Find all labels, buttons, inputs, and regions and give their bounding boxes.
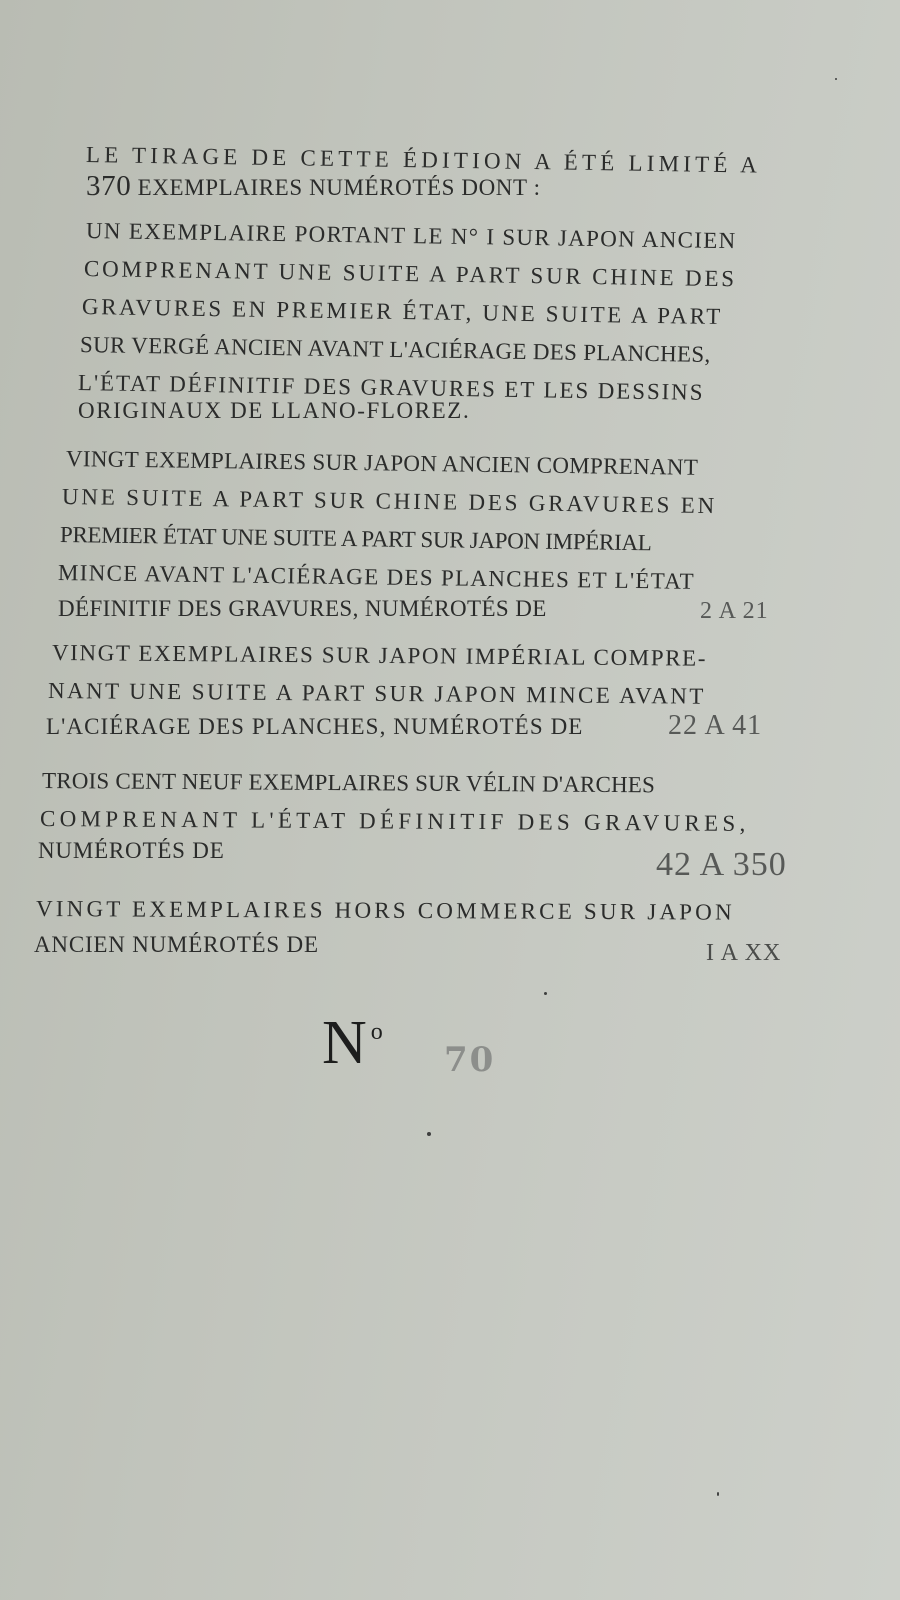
entry-4-line-2: COMPRENANT L'ÉTAT DÉFINITIF DES GRAVURES…: [40, 806, 750, 837]
entry-1-line-1: UN EXEMPLAIRE PORTANT LE N° I SUR JAPON …: [86, 218, 737, 254]
entry-4-line-3: NUMÉROTÉS DE: [38, 838, 225, 864]
entry-2-range: 2 A 21: [700, 598, 769, 625]
copy-number-label: No: [322, 1012, 383, 1074]
edition-count: 370: [86, 170, 131, 202]
entry-text: GRAVURES EN PREMIER ÉTAT, UNE SUITE A PA…: [82, 294, 723, 329]
entry-text: NANT UNE SUITE A PART SUR JAPON MINCE AV…: [48, 678, 706, 709]
paper-speck: [835, 78, 837, 80]
entry-4-line-1: TROIS CENT NEUF EXEMPLAIRES SUR VÉLIN D'…: [42, 768, 655, 798]
entry-1-line-3: GRAVURES EN PREMIER ÉTAT, UNE SUITE A PA…: [82, 294, 723, 330]
intro-text-2: EXEMPLAIRES NUMÉROTÉS DONT :: [138, 175, 541, 200]
paper-speck: [544, 992, 547, 995]
entry-text: L'ACIÉRAGE DES PLANCHES, NUMÉROTÉS DE: [46, 714, 583, 739]
entry-text: SUR VERGÉ ANCIEN AVANT L'ACIÉRAGE DES PL…: [80, 332, 711, 367]
entry-text: ANCIEN NUMÉROTÉS DE: [34, 932, 319, 957]
entry-text: MINCE AVANT L'ACIÉRAGE DES PLANCHES ET L…: [58, 560, 695, 594]
entry-3-line-3: L'ACIÉRAGE DES PLANCHES, NUMÉROTÉS DE: [46, 714, 583, 740]
intro-line-2: 370 EXEMPLAIRES NUMÉROTÉS DONT :: [86, 170, 541, 203]
paper-speck: [717, 1492, 719, 1496]
entry-text: UNE SUITE A PART SUR CHINE DES GRAVURES …: [62, 484, 717, 518]
entry-text: NUMÉROTÉS DE: [38, 838, 225, 863]
entry-2-line-3: PREMIER ÉTAT UNE SUITE A PART SUR JAPON …: [60, 522, 652, 556]
entry-5-range: I A XX: [706, 940, 781, 967]
entry-1-line-2: COMPRENANT UNE SUITE A PART SUR CHINE DE…: [84, 256, 737, 292]
entry-3-line-2: NANT UNE SUITE A PART SUR JAPON MINCE AV…: [48, 678, 706, 710]
entry-text: VINGT EXEMPLAIRES HORS COMMERCE SUR JAPO…: [36, 896, 735, 925]
numero-n: N: [322, 1009, 367, 1077]
entry-text: UN EXEMPLAIRE PORTANT LE N° I SUR JAPON …: [86, 218, 737, 253]
entry-2-line-5: DÉFINITIF DES GRAVURES, NUMÉROTÉS DE: [58, 596, 547, 622]
entry-text: TROIS CENT NEUF EXEMPLAIRES SUR VÉLIN D'…: [42, 768, 655, 797]
entry-text: ORIGINAUX DE LLANO-FLOREZ.: [78, 398, 470, 423]
copy-number-stamp: 70: [444, 1040, 495, 1080]
entry-text: COMPRENANT L'ÉTAT DÉFINITIF DES GRAVURES…: [40, 806, 750, 836]
entry-4-range: 42 A 350: [656, 846, 787, 884]
entry-2-line-2: UNE SUITE A PART SUR CHINE DES GRAVURES …: [62, 484, 717, 519]
entry-3-line-1: VINGT EXEMPLAIRES SUR JAPON IMPÉRIAL COM…: [52, 640, 707, 672]
entry-5-line-2: ANCIEN NUMÉROTÉS DE: [34, 932, 319, 958]
entry-2-line-4: MINCE AVANT L'ACIÉRAGE DES PLANCHES ET L…: [58, 560, 695, 595]
entry-text: DÉFINITIF DES GRAVURES, NUMÉROTÉS DE: [58, 596, 547, 621]
numero-superscript: o: [371, 1019, 383, 1045]
entry-text: VINGT EXEMPLAIRES SUR JAPON ANCIEN COMPR…: [66, 446, 699, 480]
entry-2-line-1: VINGT EXEMPLAIRES SUR JAPON ANCIEN COMPR…: [66, 446, 699, 481]
entry-text: PREMIER ÉTAT UNE SUITE A PART SUR JAPON …: [60, 522, 652, 555]
entry-5-line-1: VINGT EXEMPLAIRES HORS COMMERCE SUR JAPO…: [36, 896, 735, 926]
entry-text: VINGT EXEMPLAIRES SUR JAPON IMPÉRIAL COM…: [52, 640, 707, 671]
colophon-page: LE TIRAGE DE CETTE ÉDITION A ÉTÉ LIMITÉ …: [0, 0, 900, 1600]
entry-text: COMPRENANT UNE SUITE A PART SUR CHINE DE…: [84, 256, 737, 291]
entry-3-range: 22 A 41: [668, 710, 762, 742]
entry-1-line-6: ORIGINAUX DE LLANO-FLOREZ.: [78, 398, 470, 424]
paper-speck: [427, 1132, 431, 1136]
entry-1-line-4: SUR VERGÉ ANCIEN AVANT L'ACIÉRAGE DES PL…: [80, 332, 711, 368]
